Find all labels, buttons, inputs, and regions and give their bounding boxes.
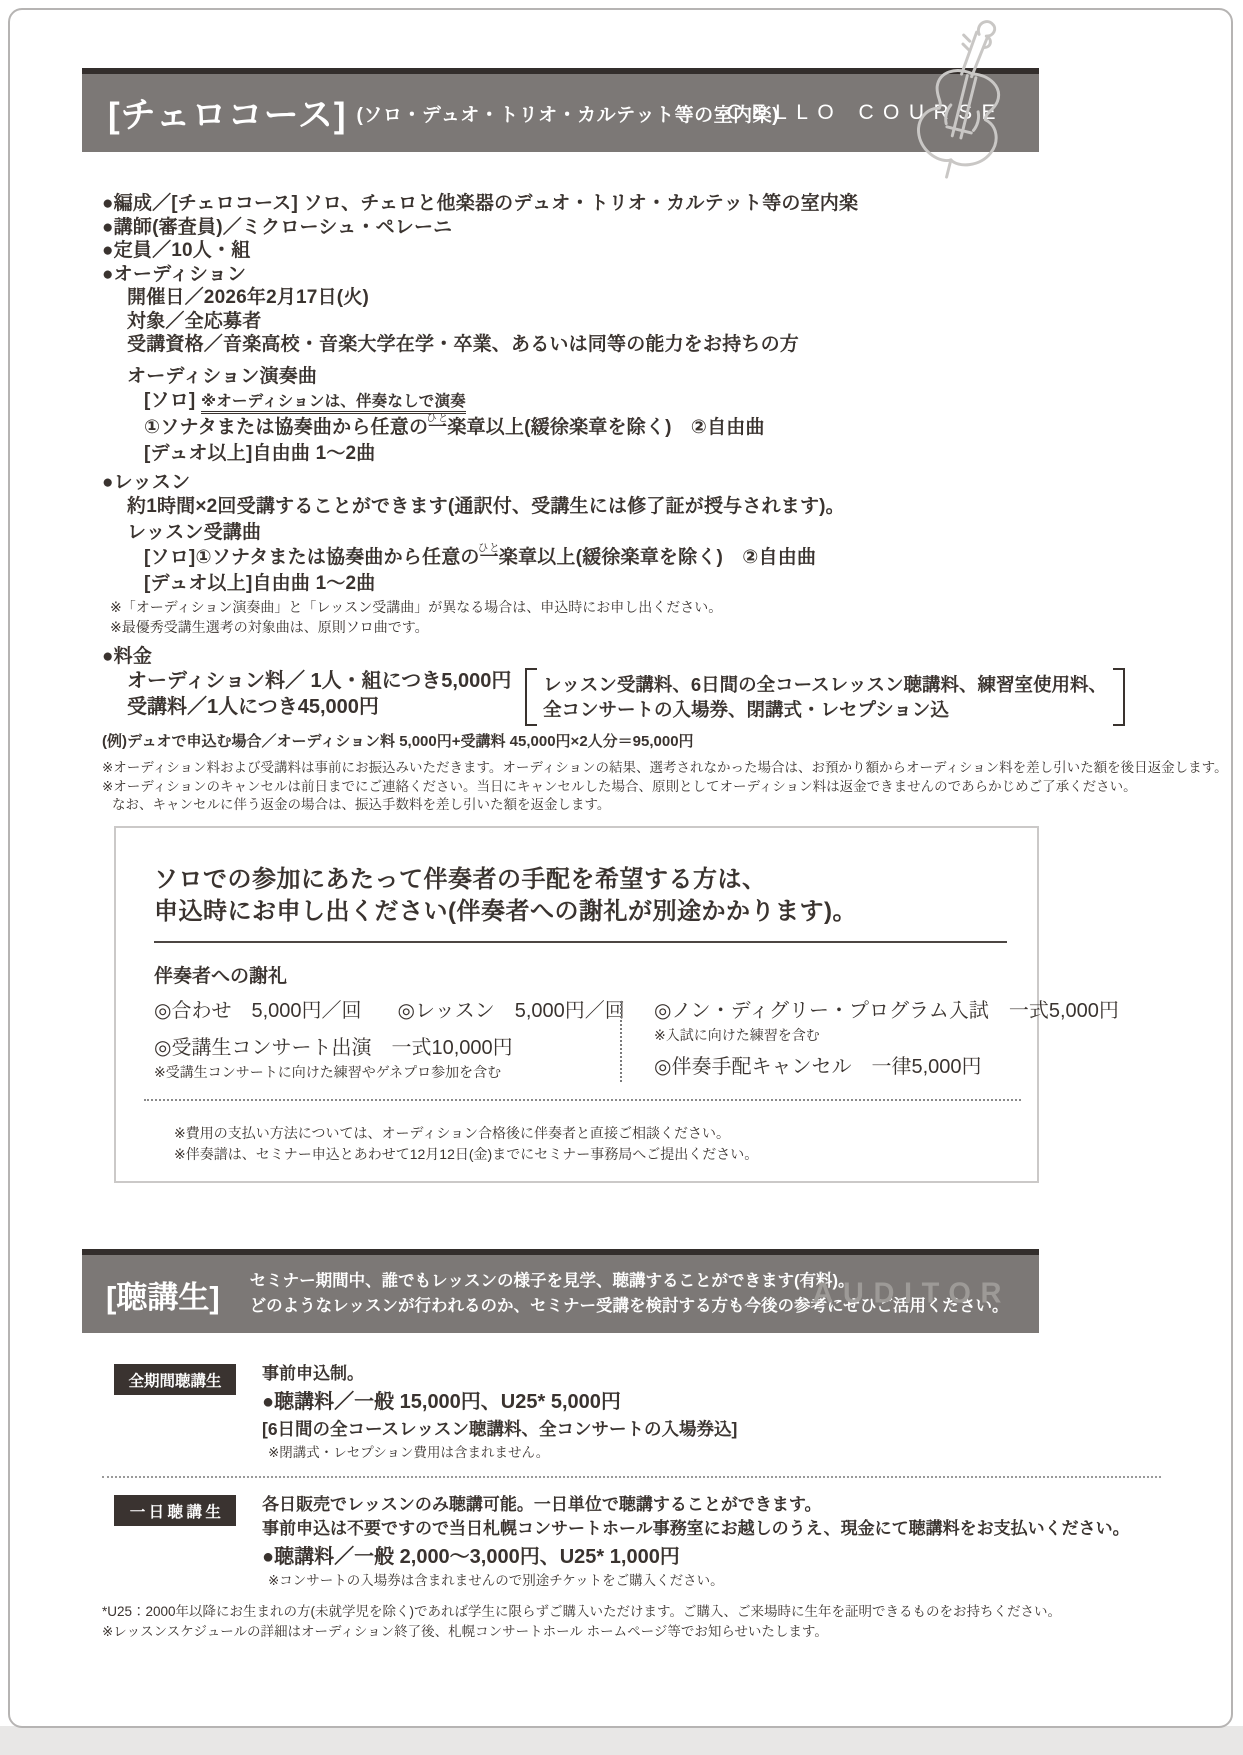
ruby-group: 一ひと [480, 545, 499, 571]
audition-date: 開催日／2026年2月17日(火) [102, 286, 1192, 310]
one-day-fee: ●聴講料／一般 2,000〜3,000円、U25* 1,000円 [262, 1543, 1161, 1571]
document-page: [チェロコース] (ソロ・デュオ・トリオ・カルテット等の室内楽) CELLO C… [0, 0, 1243, 1755]
footer-notes: *U25：2000年以降にお生まれの方(未就学児を除く)であれば学生に限らずご購… [102, 1602, 1192, 1642]
audition-heading: ●オーディション [102, 263, 1192, 287]
fees-amounts: オーディション料／ 1人・組につき5,000円 受講料／1人につき45,000円 [127, 668, 525, 720]
lesson-note-2: ※最優秀受講生選考の対象曲は、原則ソロ曲です。 [102, 617, 1192, 637]
audition-piece-line: ①ソナタまたは協奏曲から任意の一ひと楽章以上(緩徐楽章を除く) ②自由曲 [102, 415, 1192, 441]
lesson-solo-line: [ソロ]①ソナタまたは協奏曲から任意の一ひと楽章以上(緩徐楽章を除く) ②自由曲 [102, 545, 1192, 571]
fee-note-2: ※オーディションのキャンセルは前日までにご連絡ください。当日にキャンセルした場合… [102, 778, 1192, 797]
spacer [102, 637, 1192, 645]
one-day-line-2: 事前申込は不要ですので当日札幌コンサートホール事務室にお越しのうえ、現金にて聴講… [262, 1517, 1161, 1541]
fee-includes-bracket: レッスン受講料、6日間の全コースレッスン聴講料、練習室使用料、 全コンサートの入… [525, 668, 1125, 726]
instructor-line: ●講師(審査員)／ミクローシュ・ペレーニ [102, 216, 1192, 240]
fees-heading: ●料金 [102, 645, 1192, 669]
fee-item-nondegree: ◎ノン・ディグリー・プログラム入試 一式5,000円 [654, 997, 1119, 1026]
ruby-group: 一ひと [428, 415, 447, 441]
accompanist-fee-left-column: ◎合わせ 5,000円／回 ◎レッスン 5,000円／回 ◎受講生コンサート出演… [154, 997, 620, 1082]
auditor-dotted-separator [102, 1476, 1161, 1478]
full-period-auditor-row: 全期間聴講生 事前申込制。 ●聴講料／一般 15,000円、U25* 5,000… [114, 1362, 1161, 1463]
audition-piece-suffix: 楽章以上(緩徐楽章を除く) ②自由曲 [447, 417, 764, 438]
full-period-content: 事前申込制。 ●聴講料／一般 15,000円、U25* 5,000円 [6日間の… [262, 1362, 1161, 1463]
one-day-content: 各日販売でレッスンのみ聴講可能。一日単位で聴講することができます。 事前申込は不… [262, 1493, 1161, 1591]
accompanist-heading-line-1: ソロでの参加にあたって伴奏者の手配を希望する方は、 [154, 864, 1007, 896]
accompanist-notes: ※費用の支払い方法については、オーディション合格後に伴奏者と直接ご相談ください。… [154, 1123, 1007, 1165]
accompanist-box: ソロでの参加にあたって伴奏者の手配を希望する方は、 申込時にお申し出ください(伴… [114, 826, 1039, 1183]
spacer [102, 357, 1192, 365]
page-bottom-shadow [0, 1726, 1243, 1755]
audition-pieces-heading: オーディション演奏曲 [102, 365, 1192, 389]
lesson-duo-line: [デュオ以上]自由曲 1〜2曲 [102, 571, 1192, 597]
page-card: [チェロコース] (ソロ・デュオ・トリオ・カルテット等の室内楽) CELLO C… [8, 8, 1233, 1728]
accompanist-fee-right-column: ◎ノン・ディグリー・プログラム入試 一式5,000円 ※入試に向けた練習を含む … [622, 997, 1119, 1082]
one-day-auditor-row: 一日聴講生 各日販売でレッスンのみ聴講可能。一日単位で聴講することができます。 … [114, 1493, 1161, 1591]
accompanist-fee-columns: ◎合わせ 5,000円／回 ◎レッスン 5,000円／回 ◎受講生コンサート出演… [154, 997, 1007, 1082]
lesson-solo-suffix: 楽章以上(緩徐楽章を除く) ②自由曲 [499, 547, 816, 568]
audition-duo-line: [デュオ以上]自由曲 1〜2曲 [102, 441, 1192, 467]
box-dotted-separator [144, 1099, 1021, 1101]
full-period-badge: 全期間聴講生 [114, 1364, 236, 1395]
course-fee: 受講料／1人につき45,000円 [127, 694, 525, 720]
formation-line: ●編成／[チェロコース] ソロ、チェロと他楽器のデュオ・トリオ・カルテット等の室… [102, 192, 1192, 216]
fee-item-concert: ◎受講生コンサート出演 一式10,000円 [154, 1034, 620, 1063]
course-title-en: CELLO COURSE [727, 101, 1005, 125]
lesson-note-1: ※「オーディション演奏曲」と「レッスン受講曲」が異なる場合は、申込時にお申し出く… [102, 597, 1192, 617]
footer-note-u25: *U25：2000年以降にお生まれの方(未就学児を除く)であれば学生に限らずご購… [102, 1602, 1192, 1622]
audition-solo-line: [ソロ] ※オーディションは、伴奏なしで演奏 [102, 388, 1192, 415]
cello-course-header-bar: [チェロコース] (ソロ・デュオ・トリオ・カルテット等の室内楽) CELLO C… [82, 68, 1039, 152]
fees-row: オーディション料／ 1人・組につき5,000円 受講料／1人につき45,000円… [102, 668, 1192, 726]
full-period-note: ※閉講式・レセプション費用は含まれません。 [262, 1443, 1161, 1463]
fee-includes-line-2: 全コンサートの入場券、閉講式・レセプション込 [543, 697, 1107, 722]
fee-includes-line-1: レッスン受講料、6日間の全コースレッスン聴講料、練習室使用料、 [543, 672, 1107, 697]
fee-example: (例)デュオで申込む場合／オーディション料 5,000円+受講料 45,000円… [102, 731, 1192, 752]
full-period-includes: [6日間の全コースレッスン聴講料、全コンサートの入場券込] [262, 1416, 1161, 1443]
fee-note-3: なお、キャンセルに伴う返金の場合は、振込手数料を差し引いた額を返金します。 [102, 796, 1192, 815]
auditor-sections: 全期間聴講生 事前申込制。 ●聴講料／一般 15,000円、U25* 5,000… [114, 1362, 1161, 1591]
spacer [102, 752, 1192, 759]
one-day-line-1: 各日販売でレッスンのみ聴講可能。一日単位で聴講することができます。 [262, 1493, 1161, 1517]
ruby-furigana: ひと [478, 535, 501, 561]
spacer [154, 1026, 620, 1034]
ruby-furigana: ひと [426, 405, 449, 431]
course-title: [チェロコース] [108, 88, 347, 138]
one-day-badge: 一日聴講生 [114, 1495, 236, 1526]
audition-qualification: 受講資格／音楽高校・音楽大学在学・卒業、あるいは同等の能力をお持ちの方 [102, 333, 1192, 357]
auditor-title: [聴講生] [106, 1272, 220, 1317]
course-subtitle: (ソロ・デュオ・トリオ・カルテット等の室内楽) [357, 100, 779, 127]
accompanist-heading-rule [154, 941, 1007, 943]
accompanist-fees-heading: 伴奏者への謝礼 [154, 961, 1007, 988]
fee-item-lesson: ◎レッスン 5,000円／回 [398, 997, 625, 1026]
accompanist-heading-line-2: 申込時にお申し出ください(伴奏者への謝礼が別途かかります)。 [154, 896, 1007, 928]
lesson-pieces-heading: レッスン受講曲 [102, 521, 1192, 545]
fee-item-cancel: ◎伴奏手配キャンセル 一律5,000円 [654, 1053, 1119, 1082]
lesson-desc: 約1時間×2回受講することができます(通訳付、受講生には修了証が授与されます)。 [102, 495, 1192, 519]
course-details: ●編成／[チェロコース] ソロ、チェロと他楽器のデュオ・トリオ・カルテット等の室… [102, 192, 1192, 815]
fee-item-awase: ◎合わせ 5,000円／回 [154, 997, 362, 1026]
audition-solo-label: [ソロ] [144, 390, 195, 411]
lesson-solo-prefix: [ソロ]①ソナタまたは協奏曲から任意の [144, 547, 480, 568]
fee-item-row: ◎合わせ 5,000円／回 ◎レッスン 5,000円／回 [154, 997, 620, 1026]
auditor-title-en: AUDITOR [812, 1278, 1011, 1311]
lesson-heading: ●レッスン [102, 471, 1192, 495]
spacer [654, 1045, 1119, 1053]
audition-fee: オーディション料／ 1人・組につき5,000円 [127, 668, 525, 694]
auditor-header-bar: [聴講生] セミナー期間中、誰でもレッスンの様子を見学、聴講することができます(… [82, 1249, 1039, 1333]
fee-item-concert-note: ※受講生コンサートに向けた練習やゲネプロ参加を含む [154, 1063, 620, 1082]
audition-piece-prefix: ①ソナタまたは協奏曲から任意の [144, 417, 428, 438]
capacity-line: ●定員／10人・組 [102, 239, 1192, 263]
fee-note-1: ※オーディション料および受講料は事前にお振込みいただきます。オーディションの結果… [102, 759, 1192, 778]
one-day-note: ※コンサートの入場券は含まれませんので別途チケットをご購入ください。 [262, 1571, 1161, 1591]
audition-target: 対象／全応募者 [102, 310, 1192, 334]
accompanist-note-1: ※費用の支払い方法については、オーディション合格後に伴奏者と直接ご相談ください。 [166, 1123, 1007, 1144]
fee-item-nondegree-note: ※入試に向けた練習を含む [654, 1026, 1119, 1045]
accompanist-note-2: ※伴奏譜は、セミナー申込とあわせて12月12日(金)までにセミナー事務局へご提出… [166, 1144, 1007, 1165]
full-period-fee: ●聴講料／一般 15,000円、U25* 5,000円 [262, 1388, 1161, 1416]
footer-note-schedule: ※レッスンスケジュールの詳細はオーディション終了後、札幌コンサートホール ホーム… [102, 1622, 1192, 1642]
full-period-line-1: 事前申込制。 [262, 1362, 1161, 1386]
